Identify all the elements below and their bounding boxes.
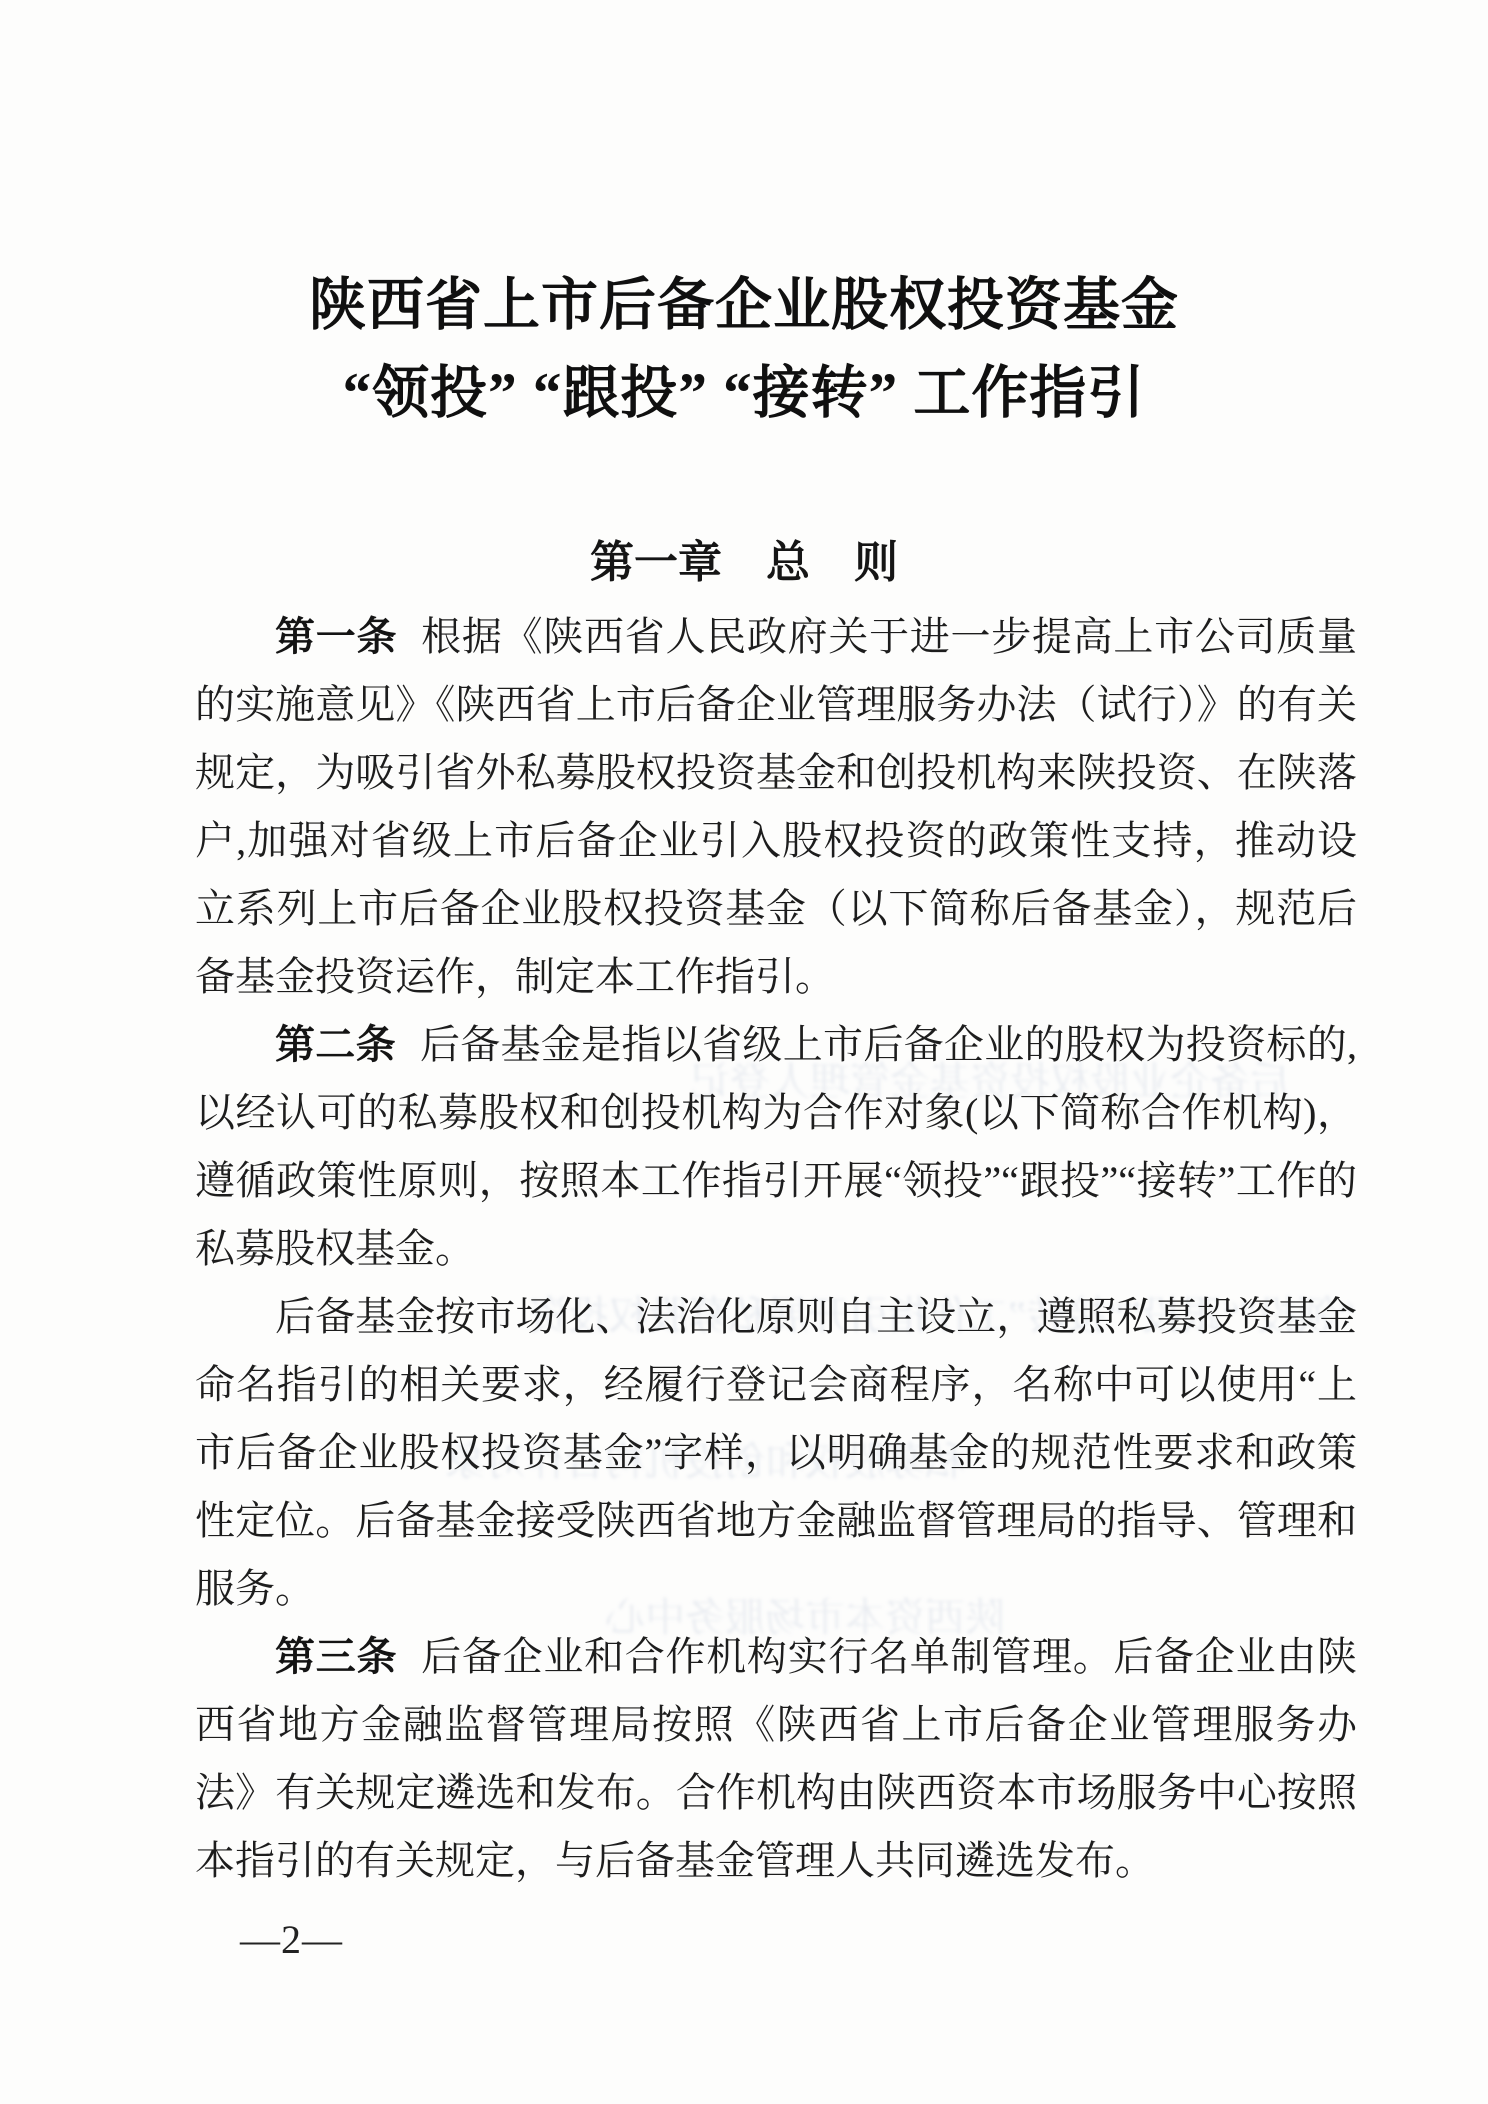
article-text: 根据《陕西省人民政府关于进一步提高上市公司质量的实施意见》《陕西省上市后备企业管…	[195, 614, 1357, 999]
article-paragraph: 第一条根据《陕西省人民政府关于进一步提高上市公司质量的实施意见》《陕西省上市后备…	[195, 603, 1357, 1011]
chapter-heading: 第一章 总 则	[14, 536, 1474, 590]
document-title-line1: 陕西省上市后备企业股权投资基金	[14, 262, 1474, 350]
page-number: —2—	[240, 1912, 343, 1968]
document-title: 陕西省上市后备企业股权投资基金 “领投” “跟投” “接转” 工作指引	[14, 262, 1474, 438]
article-label: 第一条	[275, 614, 397, 659]
article-label: 第二条	[275, 1022, 396, 1067]
article-label: 第三条	[275, 1634, 397, 1679]
document-page: 后备企业股权投资基金管理人登记 “领投”“跟投”“接转”工作指引开展私募股权投资…	[0, 0, 1488, 2104]
document-body: 第一条根据《陕西省人民政府关于进一步提高上市公司质量的实施意见》《陕西省上市后备…	[195, 603, 1357, 1895]
article-paragraph: 第三条后备企业和合作机构实行名单制管理。后备企业由陕西省地方金融监督管理局按照《…	[195, 1623, 1357, 1895]
document-title-line2: “领投” “跟投” “接转” 工作指引	[14, 350, 1474, 438]
article-paragraph: 后备基金按市场化、法治化原则自主设立，遵照私募投资基金命名指引的相关要求，经履行…	[195, 1283, 1357, 1623]
article-text: 后备基金按市场化、法治化原则自主设立，遵照私募投资基金命名指引的相关要求，经履行…	[195, 1294, 1357, 1611]
article-paragraph: 第二条后备基金是指以省级上市后备企业的股权为投资标的,以经认可的私募股权和创投机…	[195, 1011, 1357, 1283]
